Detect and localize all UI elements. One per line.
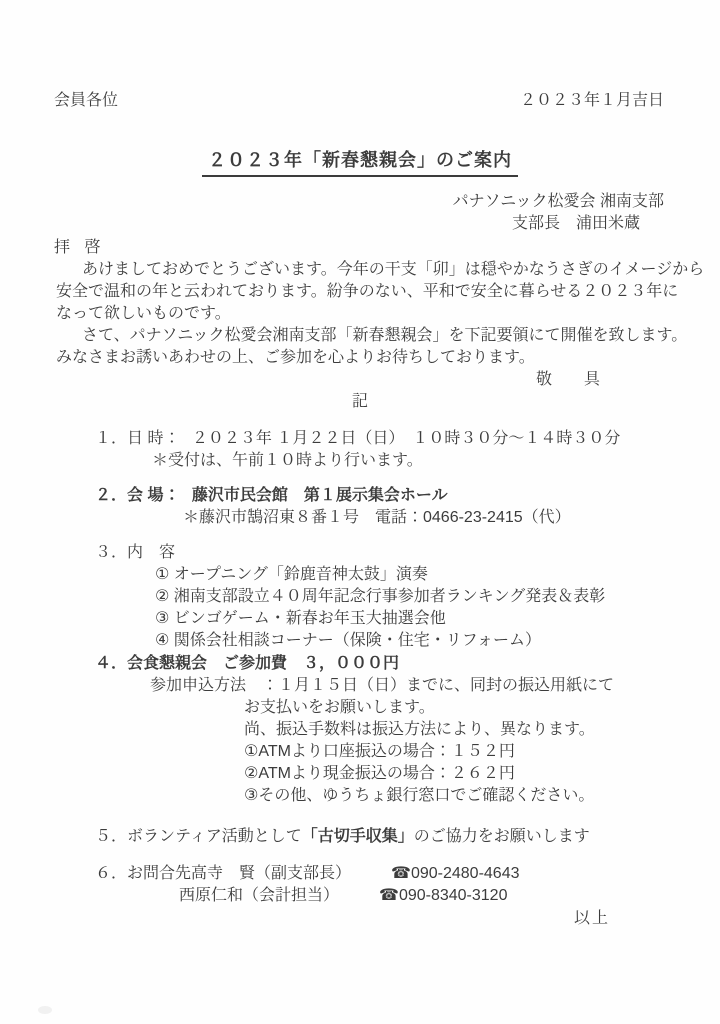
recipient: 会員各位 [54, 90, 118, 112]
sender-block: パナソニック松愛会 湘南支部 支部長 浦田米蔵 [0, 191, 664, 235]
page-title: ２０２３年「新春懇親会」のご案内 [202, 146, 518, 177]
contact-phone-number-1: 090-2480-4643 [411, 865, 520, 882]
section4-fee-heading: ４．会食懇親会 ご参加費 ３，０００円 [95, 653, 720, 675]
section1-reception-note: ＊受付は、午前１０時より行います。 [152, 450, 720, 472]
title-row: ２０２３年「新春懇親会」のご案内 [0, 146, 720, 173]
contact-phone-1: ☎090-2480-4643 [391, 863, 519, 885]
scanned-letter-page: 会員各位 ２０２３年１月吉日 ２０２３年「新春懇親会」のご案内 パナソニック松愛… [0, 0, 720, 1024]
apply-method-label: 参加申込方法 ： [150, 675, 278, 697]
section3-item-3: ③ ビンゴゲーム・新春お年玉大抽選会他 [155, 608, 720, 630]
greeting-line-3: なって欲しいものです。 [56, 303, 680, 325]
letter-date: ２０２３年１月吉日 [520, 90, 664, 112]
contact-phone-number-2: 090-8340-3120 [399, 887, 508, 904]
volunteer-suffix: のご協力をお願いします [414, 828, 590, 845]
apply-line-1: １月１５日（日）までに、同封の振込用紙にて [278, 675, 614, 697]
phone-icon: ☎ [391, 865, 411, 882]
apply-line-3: 尚、振込手数料は振込方法により、異なります。 [244, 719, 720, 741]
sender-person: 支部長 浦田米蔵 [0, 213, 664, 235]
section1-datetime-heading: １．日 時 ： ２０２３年 １月２２日（日） １０時３０分～１４時３０分 [95, 428, 720, 450]
contact-phone-2: ☎090-8340-3120 [379, 885, 507, 907]
apply-line-4-atm-account: ①ATMより口座振込の場合：１５２円 [244, 741, 720, 763]
contact-name-1: 高寺 賢（副支部長） [191, 863, 391, 885]
contact-name-2: 西原仁和（会計担当） [179, 885, 379, 907]
apply-line-2: お支払いをお願いします。 [244, 697, 720, 719]
section3-item-4: ④ 関係会社相談コーナー（保険・住宅・リフォーム） [155, 630, 720, 652]
section2-address-note: ＊藤沢市鵠沼東８番１号 電話：0466-23-2415（代） [183, 507, 720, 529]
section6-contact-row-2: 西原仁和（会計担当） ☎090-8340-3120 [179, 885, 720, 907]
end-marker-ijo: 以上 [0, 908, 610, 930]
scan-artifact [38, 1006, 52, 1014]
closing-keigu: 敬 具 [0, 369, 608, 391]
announcement-line-1: さて、パナソニック松愛会湘南支部「新春懇親会」を下記要領にて開催を致します。 [56, 325, 680, 347]
record-marker: 記 [0, 391, 720, 413]
phone-icon: ☎ [379, 887, 399, 904]
greeting-paragraph: あけましておめでとうございます。今年の干支「卯」は穏やかなうさぎのイメージから … [56, 259, 680, 325]
greeting-line-1: あけましておめでとうございます。今年の干支「卯」は穏やかなうさぎのイメージから [56, 259, 680, 281]
volunteer-prefix: ５．ボランティア活動として [95, 828, 302, 845]
volunteer-highlight: 「古切手収集」 [302, 828, 414, 845]
section4-apply-row: 参加申込方法 ： １月１５日（日）までに、同封の振込用紙にて [150, 675, 720, 697]
section3-item-2: ② 湘南支部設立４０周年記念行事参加者ランキング発表＆表彰 [155, 586, 720, 608]
section3-contents-heading: ３．内 容 [95, 542, 720, 564]
details-list: １．日 時 ： ２０２３年 １月２２日（日） １０時３０分～１４時３０分 ＊受付… [0, 428, 720, 907]
letter-header: 会員各位 ２０２３年１月吉日 [54, 90, 664, 112]
section2-venue-heading: ２．会 場 ： 藤沢市民会館 第１展示集会ホール [95, 485, 720, 507]
section3-item-1: ① オープニング「鈴鹿音神太鼓」演奏 [155, 564, 720, 586]
salutation: 拝 啓 [54, 237, 720, 259]
announcement-line-2: みなさまお誘いあわせの上、ご参加を心よりお待ちしております。 [56, 347, 680, 369]
apply-line-5-atm-cash: ②ATMより現金振込の場合：２６２円 [244, 763, 720, 785]
announcement-paragraph: さて、パナソニック松愛会湘南支部「新春懇親会」を下記要領にて開催を致します。 み… [56, 325, 680, 369]
sender-org: パナソニック松愛会 湘南支部 [0, 191, 664, 213]
apply-line-6-bank-window: ③その他、ゆうちょ銀行窓口でご確認ください。 [244, 785, 720, 807]
greeting-line-2: 安全で温和の年と云われております。紛争のない、平和で安全に暮らせる２０２３年に [56, 281, 680, 303]
contact-heading: ６．お問合先 [95, 863, 191, 885]
section6-contact-row-1: ６．お問合先 高寺 賢（副支部長） ☎090-2480-4643 [95, 863, 720, 885]
section5-volunteer-line: ５．ボランティア活動として「古切手収集」のご協力をお願いします [95, 826, 720, 848]
